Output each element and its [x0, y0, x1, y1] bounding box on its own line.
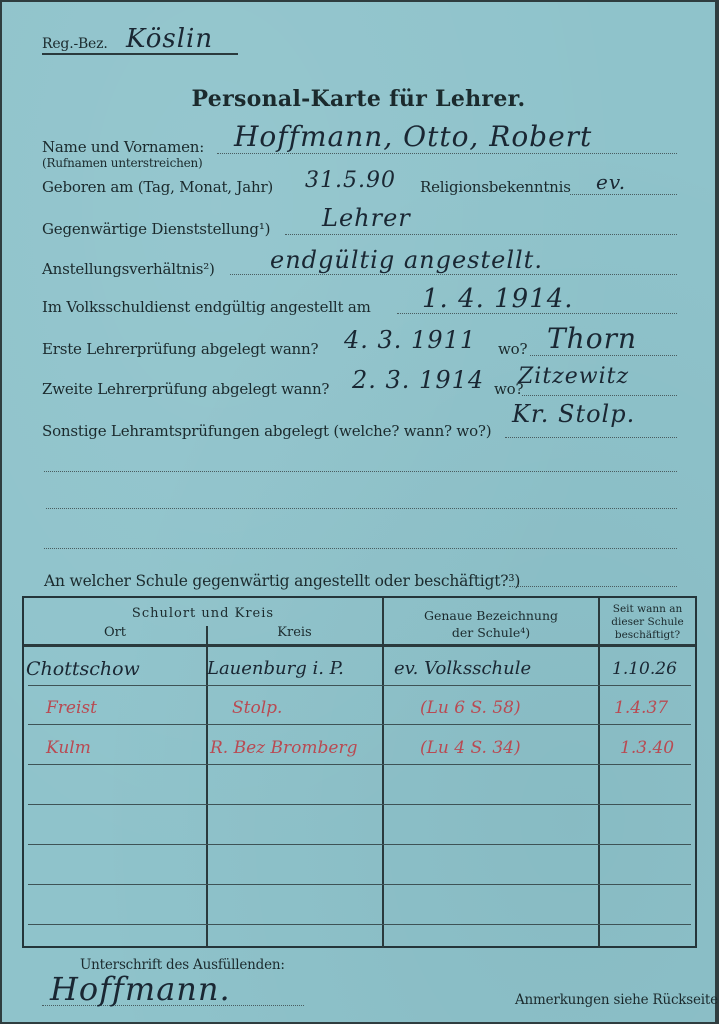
first-exam-where: Thorn — [547, 322, 637, 355]
blank-line-3 — [44, 548, 677, 549]
permanent-label: Im Volksschuldienst endgültig angestellt… — [42, 298, 371, 316]
row2-kreis: Stolp. — [232, 698, 282, 718]
second-exam-date: 2. 3. 1914 — [352, 366, 484, 394]
row2-school: (Lu 6 S. 58) — [420, 698, 521, 718]
blank-line-1 — [44, 471, 677, 472]
permanent-value: 1. 4. 1914. — [422, 284, 574, 314]
reg-bez-value: Köslin — [126, 24, 213, 54]
reg-bez-underline — [42, 53, 238, 55]
row3-school: (Lu 4 S. 34) — [420, 738, 521, 758]
name-value: Hoffmann, Otto, Robert — [234, 120, 592, 153]
row1-since: 1.10.26 — [612, 659, 677, 679]
employment-line — [230, 274, 677, 275]
signature-value: Hoffmann. — [50, 970, 231, 1008]
row1-school: ev. Volksschule — [394, 658, 531, 679]
other-exams-value: Kr. Stolp. — [512, 400, 635, 428]
religion-label: Religionsbekenntnis — [420, 178, 571, 196]
row1-ort: Chottschow — [26, 658, 140, 680]
religion-line — [570, 194, 677, 195]
row3-ort: Kulm — [46, 738, 91, 758]
other-exams-label: Sonstige Lehramtsprüfungen abgelegt (wel… — [42, 422, 491, 440]
second-exam-where: Zitzewitz — [518, 364, 629, 389]
row3-kreis: R. Bez Bromberg — [210, 738, 357, 758]
second-exam-line — [522, 395, 677, 396]
row1-kreis: Lauenburg i. P. — [207, 658, 344, 679]
position-label: Gegenwärtige Dienststellung¹) — [42, 220, 270, 238]
employment-value: endgültig angestellt. — [270, 246, 543, 274]
row3-since: 1.3.40 — [620, 738, 674, 758]
blank-line-2 — [46, 508, 677, 509]
religion-value: ev. — [596, 170, 626, 194]
first-exam-date: 4. 3. 1911 — [344, 326, 476, 354]
first-exam-where-label: wo? — [498, 340, 527, 358]
personnel-card: Reg.-Bez. Köslin Personal-Karte für Lehr… — [2, 2, 715, 1022]
name-hint: (Rufnamen unterstreichen) — [42, 156, 203, 170]
first-exam-label: Erste Lehrerprüfung abgelegt wann? — [42, 340, 318, 358]
school-table: Schulort und Kreis Ort Kreis Genaue Beze… — [22, 596, 697, 948]
born-label: Geboren am (Tag, Monat, Jahr) — [42, 178, 273, 196]
row2-ort: Freist — [46, 698, 97, 718]
reg-bez-label: Reg.-Bez. — [42, 36, 108, 52]
row2-since: 1.4.37 — [614, 698, 668, 718]
name-line — [217, 153, 677, 154]
born-value: 31.5.90 — [305, 168, 396, 193]
school-question-line — [509, 586, 677, 587]
position-value: Lehrer — [322, 204, 411, 232]
page-title: Personal-Karte für Lehrer. — [2, 86, 715, 112]
other-exams-line — [505, 437, 677, 438]
position-line — [285, 234, 677, 235]
first-exam-line — [530, 355, 677, 356]
note-see-reverse: Anmerkungen siehe Rückseite. — [515, 992, 719, 1008]
second-exam-label: Zweite Lehrerprüfung abgelegt wann? — [42, 380, 329, 398]
name-label: Name und Vornamen: — [42, 138, 204, 156]
employment-label: Anstellungsverhältnis²) — [42, 260, 215, 278]
school-question: An welcher Schule gegenwärtig angestellt… — [44, 572, 520, 590]
table-row-lines — [28, 598, 691, 948]
